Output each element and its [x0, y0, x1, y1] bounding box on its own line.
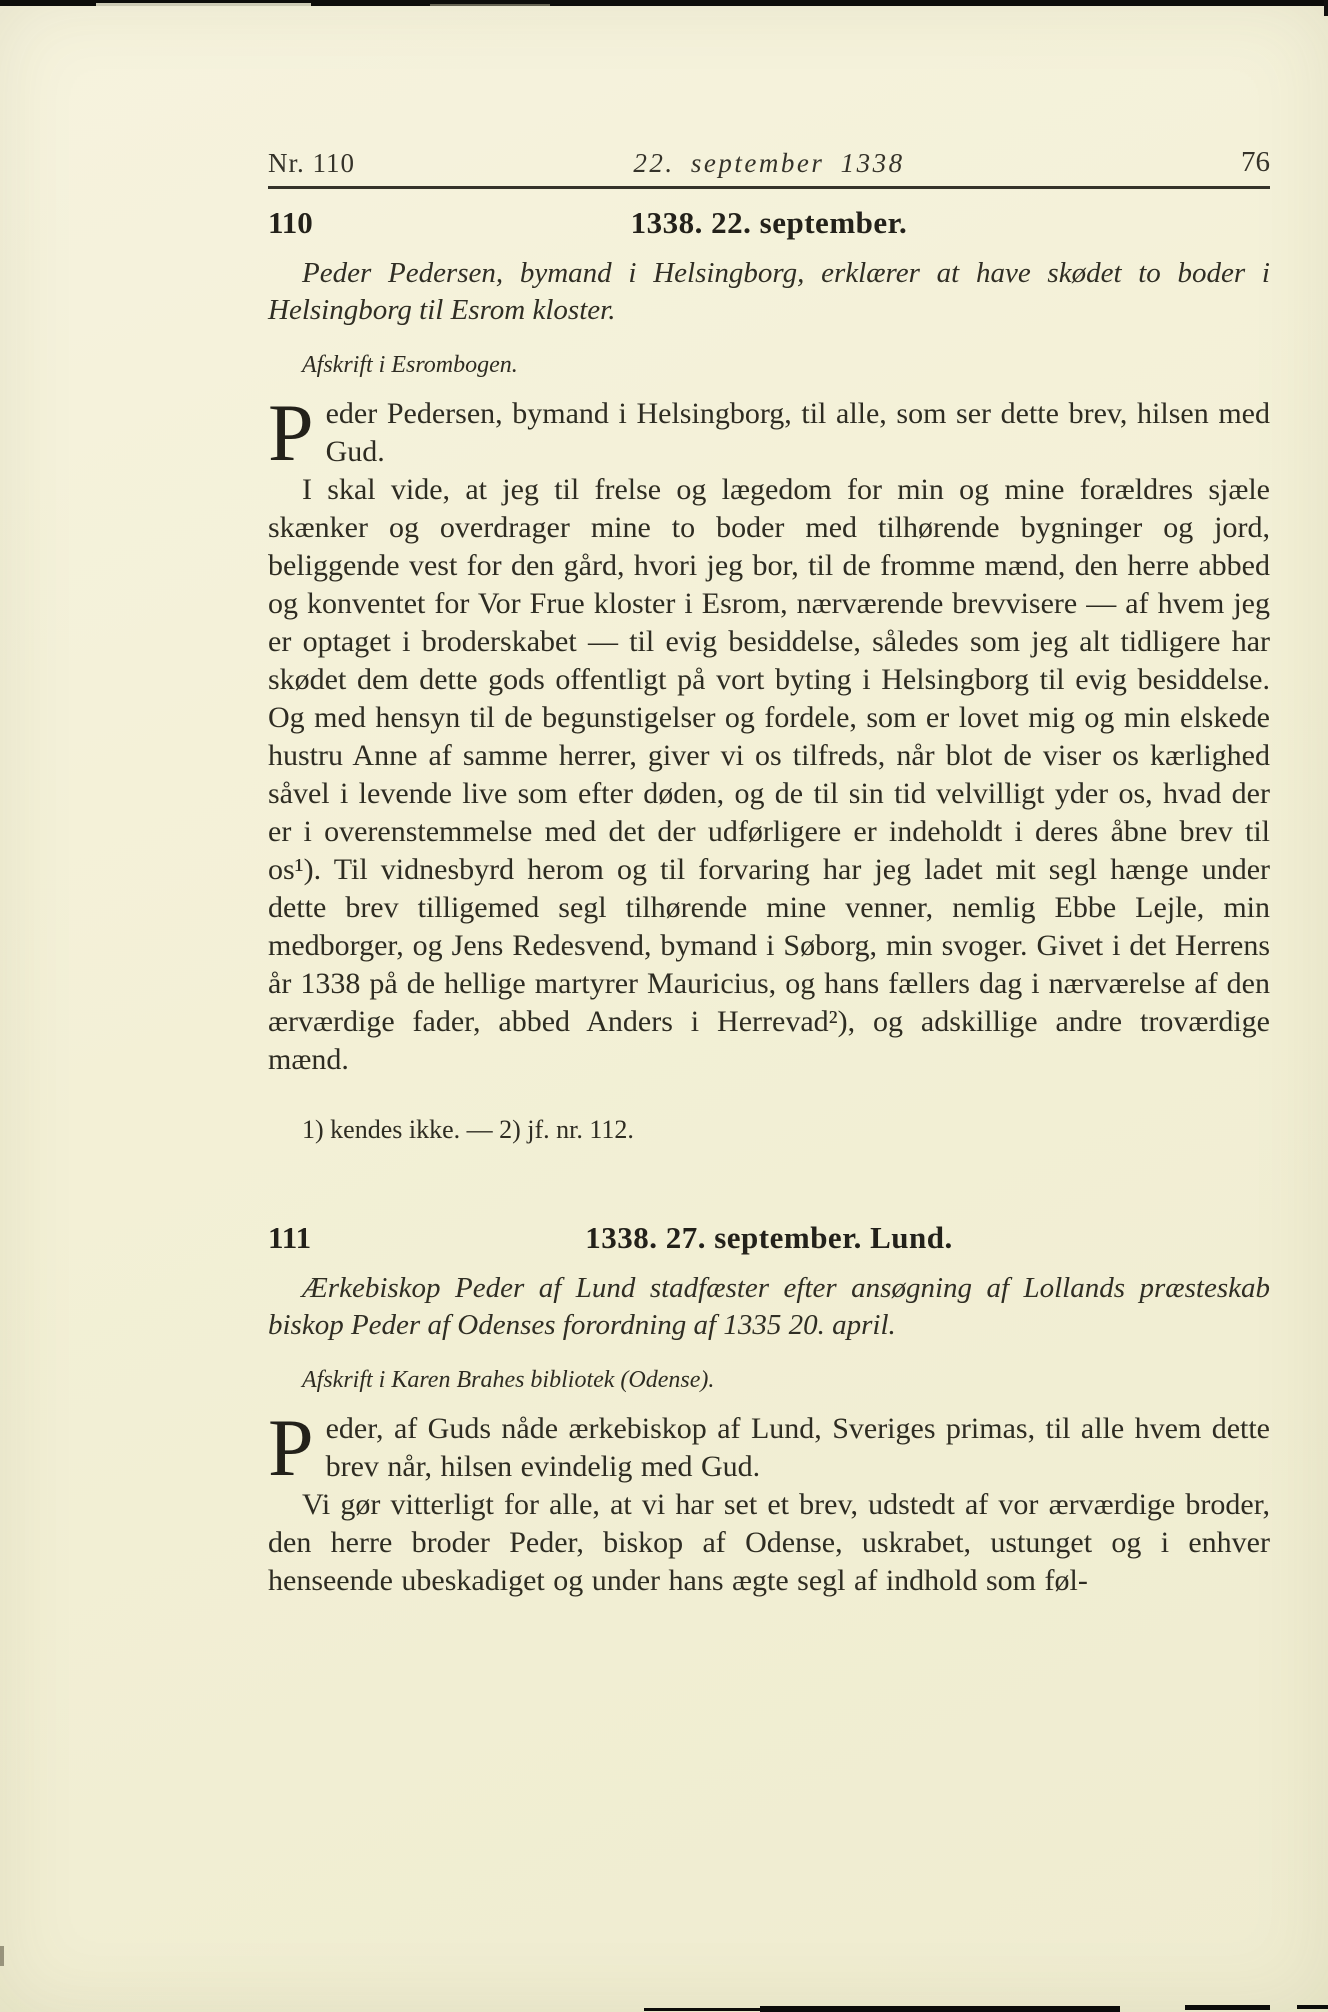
entry-110-paragraph-1: Peder Pedersen, bymand i Helsingborg, ti…	[268, 395, 1270, 471]
entry-111-paragraph-1: Peder, af Guds nåde ærkebiskop af Lund, …	[268, 1410, 1270, 1486]
entry-110-paragraph-1-text: eder Pedersen, bymand i Helsingborg, til…	[326, 397, 1270, 468]
entry-110-number: 110	[268, 206, 313, 240]
page-content: Nr. 110 22. september 1338 76 110 1338. …	[268, 148, 1270, 1600]
entry-110-date-heading: 1338. 22. september.	[268, 206, 1270, 240]
drop-cap-initial: P	[268, 1410, 326, 1482]
page-number: 76	[1241, 146, 1270, 179]
scan-bottom-edge-artifact	[760, 2006, 1120, 2012]
scanned-book-page: Nr. 110 22. september 1338 76 110 1338. …	[0, 0, 1328, 2012]
drop-cap-initial: P	[268, 395, 326, 467]
entry-111-summary: Ærkebiskop Peder af Lund stadfæster efte…	[268, 1270, 1270, 1344]
entry-110-paragraph-2: I skal vide, at jeg til frelse og lægedo…	[268, 471, 1270, 1079]
scan-corner-artifact	[1324, 0, 1328, 16]
scan-bottom-edge-artifact	[1185, 2005, 1270, 2010]
scan-top-edge-artifact	[0, 0, 1328, 6]
scan-bottom-edge-artifact	[644, 2008, 760, 2011]
entry-111-paragraph-2: Vi gør vitterligt for alle, at vi har se…	[268, 1486, 1270, 1600]
entry-110-footnotes: 1) kendes ikke. — 2) jf. nr. 112.	[302, 1115, 1270, 1145]
running-head-date: 22. september 1338	[268, 148, 1270, 179]
entry-110-heading-row: 110 1338. 22. september.	[268, 206, 1270, 240]
entry-110-source-note: Afskrift i Esrombogen.	[302, 351, 1270, 379]
scan-top-edge-notch-2	[430, 4, 550, 6]
entry-111-heading-row: 111 1338. 27. september. Lund.	[268, 1221, 1270, 1255]
entry-111-number: 111	[268, 1221, 311, 1255]
entry-111-date-heading: 1338. 27. september. Lund.	[268, 1221, 1270, 1255]
scan-bottom-edge-artifact	[1297, 2005, 1328, 2009]
entry-111-paragraph-1-text: eder, af Guds nåde ærkebiskop af Lund, S…	[326, 1412, 1270, 1483]
header-rule	[268, 186, 1270, 189]
scan-top-edge-notch	[96, 3, 311, 6]
running-head: Nr. 110 22. september 1338 76	[268, 148, 1270, 182]
entry-111-source-note: Afskrift i Karen Brahes bibliotek (Odens…	[302, 1366, 1270, 1394]
scan-left-edge-speck	[0, 1946, 4, 1966]
entry-110-summary: Peder Pedersen, bymand i Helsingborg, er…	[268, 255, 1270, 329]
